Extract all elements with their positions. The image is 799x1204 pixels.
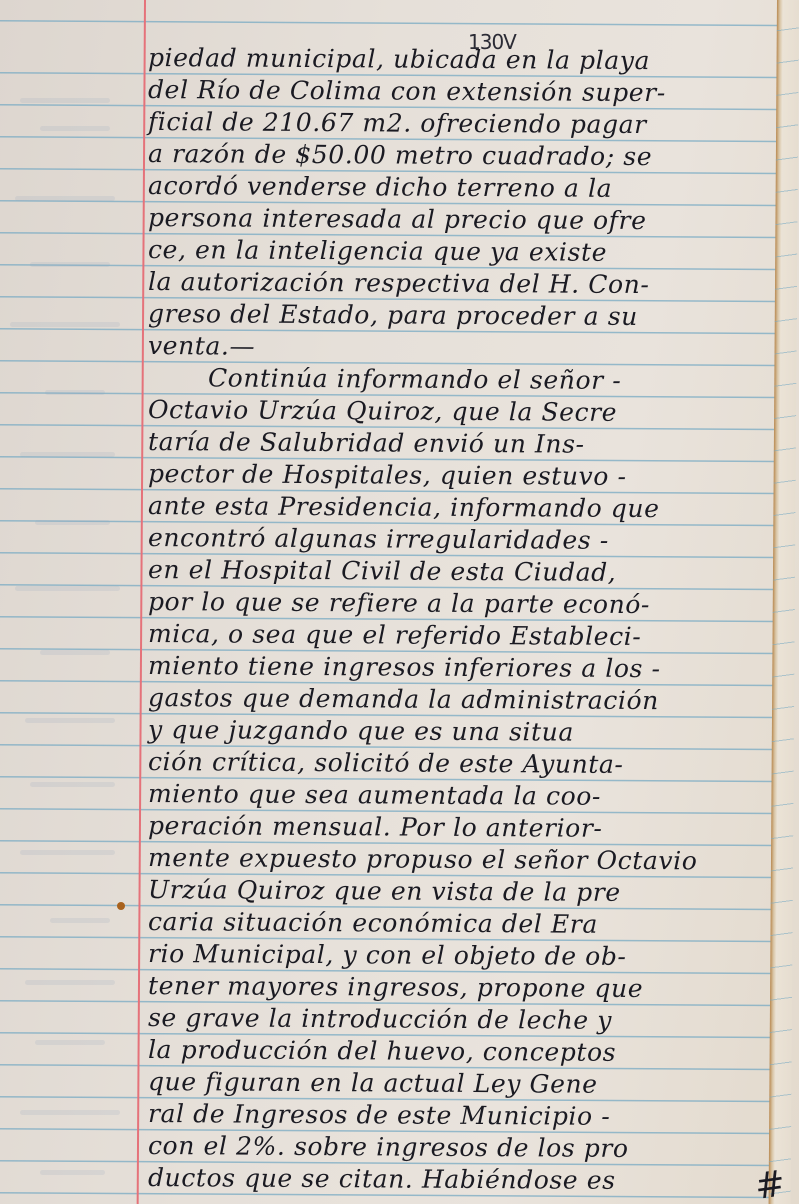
ledger-page-photo: 130V piedad municipal, ubicada en la pla… [0,0,799,1204]
handwritten-line: ductos que se citan. Habiéndose es [148,1162,778,1198]
handwritten-text: piedad municipal, ubicada en la playadel… [148,42,778,1194]
handwritten-line: la autorización respectiva del H. Con- [148,266,778,302]
handwritten-line: gastos que demanda la administración [148,682,778,718]
handwritten-line: persona interesada al precio que ofre [148,202,778,238]
handwritten-line: Continúa informando el señor - [148,362,778,398]
handwritten-line: acordó venderse dicho terreno a la [148,170,778,206]
handwritten-line: mica, o sea que el referido Estableci- [148,618,778,654]
handwritten-line: venta.— [148,330,778,366]
handwritten-line: piedad municipal, ubicada en la playa [148,42,778,78]
handwritten-line: Urzúa Quiroz que en vista de la pre [148,874,778,910]
handwritten-line: encontró algunas irregularidades - [148,522,778,558]
handwritten-line: ral de Ingresos de este Municipio - [148,1098,778,1134]
end-mark: # [752,1163,788,1204]
handwritten-line: en el Hospital Civil de esta Ciudad, [148,554,778,590]
handwritten-line: mente expuesto propuso el señor Octavio [148,842,778,878]
handwritten-line: greso del Estado, para proceder a su [148,298,778,334]
handwritten-line: miento que sea aumentada la coo- [148,778,778,814]
handwritten-line: se grave la introducción de leche y [148,1002,778,1038]
handwritten-line: por lo que se refiere a la parte econó- [148,586,778,622]
handwritten-line: ficial de 210.67 m2. ofreciendo pagar [148,106,778,142]
handwritten-line: ce, en la inteligencia que ya existe [148,234,778,270]
handwritten-line: rio Municipal, y con el objeto de ob- [148,938,778,974]
handwritten-line: a razón de $50.00 metro cuadrado; se [148,138,778,174]
handwritten-line: tener mayores ingresos, propone que [148,970,778,1006]
handwritten-line: peración mensual. Por lo anterior- [148,810,778,846]
handwritten-line: miento tiene ingresos inferiores a los - [148,650,778,686]
handwritten-line: taría de Salubridad envió un Ins- [148,426,778,462]
ink-stain-dot [117,902,125,910]
handwritten-line: pector de Hospitales, quien estuvo - [148,458,778,494]
handwritten-line: Octavio Urzúa Quiroz, que la Secre [148,394,778,430]
handwritten-line: del Río de Colima con extensión super- [148,74,778,110]
handwritten-line: la producción del huevo, conceptos [148,1034,778,1070]
handwritten-line: ción crítica, solicitó de este Ayunta- [148,746,778,782]
handwritten-line: ante esta Presidencia, informando que [148,490,778,526]
handwritten-line: caria situación económica del Era [148,906,778,942]
handwritten-line: y que juzgando que es una situa [148,714,778,750]
handwritten-line: que figuran en la actual Ley Gene [148,1066,778,1102]
handwritten-line: con el 2%. sobre ingresos de los pro [148,1130,778,1166]
